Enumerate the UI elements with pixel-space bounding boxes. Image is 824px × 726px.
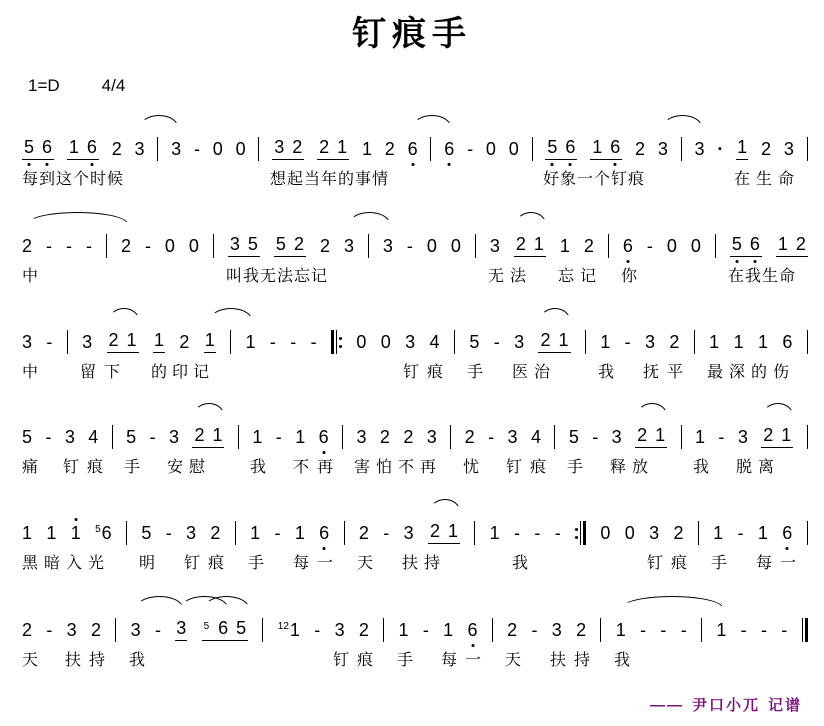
note: 3 bbox=[356, 427, 366, 448]
note-number: 5 bbox=[732, 234, 742, 255]
note: 1 bbox=[245, 332, 255, 353]
lyric-syllable: 最深的伤 bbox=[707, 359, 795, 382]
note-number: 3 bbox=[612, 427, 622, 448]
duration-dash: - bbox=[738, 523, 744, 544]
note: 6 bbox=[408, 139, 418, 160]
note-number: 1 bbox=[734, 332, 744, 353]
note: 3 bbox=[695, 139, 705, 160]
lyric-syllable: 每一 bbox=[293, 550, 341, 573]
lyric-syllable: 中 bbox=[22, 263, 38, 286]
note-number: 3 bbox=[490, 236, 500, 257]
lyric-syllable: 手 bbox=[397, 647, 413, 670]
note-number: 1 bbox=[250, 523, 260, 544]
note-number: 1 bbox=[448, 521, 458, 542]
final-barline bbox=[802, 618, 808, 642]
sheet-music-page: 钉痕手 1=D4/4 5616233-0032211266-005616233·… bbox=[0, 0, 824, 726]
note-number: 2 bbox=[507, 620, 517, 641]
note-number: 6 bbox=[42, 137, 52, 158]
duration-dash: - bbox=[194, 139, 200, 160]
system-6: 2-323-3565121-321-162-321---1---天扶持我钉痕手每… bbox=[22, 593, 808, 671]
lyric-syllable: 手 bbox=[711, 550, 727, 573]
note: 3 bbox=[404, 523, 414, 544]
note: 1 bbox=[250, 523, 260, 544]
note-number: 1 bbox=[127, 330, 137, 351]
note: 2 bbox=[91, 620, 101, 641]
note-number: 5 bbox=[547, 137, 557, 158]
notation-row: 5-345-3211-1632232-345-3211-321 bbox=[22, 400, 808, 448]
beam-group: 52 bbox=[274, 234, 306, 257]
note: 3 bbox=[508, 427, 518, 448]
note-number: 0 bbox=[691, 236, 701, 257]
barline bbox=[67, 330, 68, 354]
note: 1 bbox=[22, 523, 32, 544]
note: 2 bbox=[112, 139, 122, 160]
notation-row: 5616233-0032211266-005616233·123 bbox=[22, 112, 808, 160]
note: 0 bbox=[625, 523, 635, 544]
lyrics-row: 痛钉痕手安慰我不再害怕不再忧钉痕手释放我脱离 bbox=[22, 454, 808, 478]
beam-group: 21 bbox=[192, 425, 224, 448]
note-number: 0 bbox=[189, 236, 199, 257]
note: 2 bbox=[385, 139, 395, 160]
note: 1 bbox=[713, 523, 723, 544]
slur-tie-arc bbox=[413, 115, 451, 127]
slur-tie-arc bbox=[621, 596, 723, 608]
note-number: 1 bbox=[290, 620, 300, 641]
barline bbox=[475, 234, 476, 258]
beam-group: 12 bbox=[776, 234, 808, 257]
slur-tie-arc bbox=[210, 308, 252, 320]
credit-label: 记谱 bbox=[768, 697, 802, 714]
lyrics-row: 黑暗入光明钉痕手每一天扶持我钉痕手每一 bbox=[22, 550, 808, 574]
barline bbox=[430, 137, 431, 161]
duration-dash: - bbox=[407, 236, 413, 257]
note: 3 bbox=[67, 620, 77, 641]
note: 3 bbox=[612, 427, 622, 448]
duration-dash: - bbox=[46, 620, 52, 641]
lyric-syllable: 在我生命 bbox=[728, 263, 796, 286]
beam-group: 21 bbox=[107, 330, 139, 353]
lyric-syllable: 不再 bbox=[293, 454, 341, 477]
note-number: 2 bbox=[763, 425, 773, 446]
duration-dash: - bbox=[640, 620, 646, 641]
slur-tie-arc bbox=[109, 308, 139, 320]
slur-tie-arc bbox=[516, 212, 546, 224]
note-number: 1 bbox=[252, 427, 262, 448]
note: 6 bbox=[623, 236, 633, 257]
note-number: 4 bbox=[430, 332, 440, 353]
note: 2 bbox=[121, 236, 131, 257]
duration-dash: - bbox=[681, 620, 687, 641]
duration-dash: - bbox=[494, 332, 500, 353]
slur-tie-arc bbox=[663, 115, 702, 127]
note-number: 3 bbox=[131, 620, 141, 641]
lyric-syllable: 钉痕 bbox=[506, 454, 554, 477]
repeat-dot bbox=[339, 345, 342, 348]
barline bbox=[681, 425, 682, 449]
note: 2 bbox=[210, 523, 220, 544]
barline bbox=[715, 234, 716, 258]
lyric-syllable: 我 bbox=[250, 454, 266, 477]
duration-dash: - bbox=[270, 332, 276, 353]
lyric-syllable: 手 bbox=[567, 454, 583, 477]
lyric-syllable: 钉痕 bbox=[333, 647, 381, 670]
barline bbox=[126, 521, 127, 545]
repeat-end-barline bbox=[575, 521, 586, 545]
augmentation-dot: · bbox=[717, 139, 723, 160]
barline bbox=[213, 234, 214, 258]
note-number: 1 bbox=[758, 332, 768, 353]
note: 0 bbox=[165, 236, 175, 257]
note-number: 1 bbox=[592, 137, 602, 158]
note: 3 bbox=[383, 236, 393, 257]
lyric-syllable: 钉痕 bbox=[184, 550, 232, 573]
note: 2 bbox=[22, 236, 32, 257]
lyric-syllable: 黑暗入光 bbox=[22, 550, 110, 573]
repeat-dot bbox=[339, 337, 342, 340]
note-number: 1 bbox=[490, 523, 500, 544]
note-number: 0 bbox=[427, 236, 437, 257]
barline bbox=[238, 425, 239, 449]
note-number: 1 bbox=[295, 427, 305, 448]
repeat-dot bbox=[575, 536, 578, 539]
note-number: 5 bbox=[24, 137, 34, 158]
note-number: 3 bbox=[552, 620, 562, 641]
note-number: 0 bbox=[236, 139, 246, 160]
barline bbox=[262, 618, 263, 642]
note: 3 bbox=[335, 620, 345, 641]
note-number: 3 bbox=[784, 139, 794, 160]
beam-group: 21 bbox=[514, 234, 546, 257]
lyric-syllable: 天 bbox=[505, 647, 521, 670]
note: 2 bbox=[584, 236, 594, 257]
lyric-syllable: 你 bbox=[621, 263, 637, 286]
note: 3 bbox=[645, 332, 655, 353]
credit-line: ——尹口小兀记谱 bbox=[642, 694, 802, 715]
duration-dash: - bbox=[531, 620, 537, 641]
note-number: 2 bbox=[359, 620, 369, 641]
note-number: 0 bbox=[165, 236, 175, 257]
duration-dash: - bbox=[534, 523, 540, 544]
note-number: 3 bbox=[169, 427, 179, 448]
barline bbox=[681, 137, 682, 161]
note-number: 3 bbox=[738, 427, 748, 448]
lyric-syllable: 我 bbox=[129, 647, 145, 670]
note-number: 6 bbox=[610, 137, 620, 158]
beam-group: 56 bbox=[730, 234, 762, 257]
note-number: 1 bbox=[245, 332, 255, 353]
note-number: 6 bbox=[565, 137, 575, 158]
note: 3 bbox=[22, 332, 32, 353]
note-number: 3 bbox=[404, 523, 414, 544]
beam-group: 565 bbox=[202, 618, 249, 641]
note-number: 4 bbox=[531, 427, 541, 448]
duration-dash: - bbox=[761, 620, 767, 641]
note-number: 6 bbox=[623, 236, 633, 257]
note-number: 2 bbox=[112, 139, 122, 160]
notation-row: 2---2-003552233-00321126-005612 bbox=[22, 209, 808, 257]
system-1: 5616233-0032211266-005616233·123每到这个时候想起… bbox=[22, 112, 808, 190]
note: 0 bbox=[189, 236, 199, 257]
lyrics-row: 天扶持我钉痕手每一天扶持我 bbox=[22, 647, 808, 671]
note: 1 bbox=[490, 523, 500, 544]
note: 6 bbox=[468, 620, 478, 641]
lyric-syllable: 手 bbox=[124, 454, 140, 477]
note: 1 bbox=[758, 523, 768, 544]
note-number: 1 bbox=[558, 330, 568, 351]
duration-dash: - bbox=[647, 236, 653, 257]
note: 1 bbox=[716, 620, 726, 641]
barline bbox=[474, 521, 475, 545]
beam-group: 16 bbox=[67, 137, 99, 160]
note: 3 bbox=[552, 620, 562, 641]
note-number: 3 bbox=[67, 620, 77, 641]
duration-dash: - bbox=[555, 523, 561, 544]
note-number: 2 bbox=[673, 523, 683, 544]
lyric-syllable: 钉痕 bbox=[403, 359, 451, 382]
note: 1 bbox=[295, 427, 305, 448]
note: 4 bbox=[430, 332, 440, 353]
note-number: 2 bbox=[121, 236, 131, 257]
note: 0 bbox=[486, 139, 496, 160]
barline bbox=[807, 137, 808, 161]
note: 3 bbox=[784, 139, 794, 160]
note-number: 1 bbox=[758, 523, 768, 544]
duration-dash: - bbox=[314, 620, 320, 641]
lyrics-row: 中叫我无法忘记无法忘记你在我生命 bbox=[22, 263, 808, 287]
beam-group: 21 bbox=[761, 425, 793, 448]
note-number: 6 bbox=[750, 234, 760, 255]
duration-dash: - bbox=[741, 620, 747, 641]
grace-note: 12 bbox=[278, 621, 289, 632]
beam-group: 21 bbox=[635, 425, 667, 448]
lyric-syllable: 释放 bbox=[610, 454, 654, 477]
beam-group: 21 bbox=[538, 330, 570, 353]
note-number: 1 bbox=[534, 234, 544, 255]
barline bbox=[807, 521, 808, 545]
note-number: 3 bbox=[356, 427, 366, 448]
note-number: 6 bbox=[468, 620, 478, 641]
note-number: 6 bbox=[218, 618, 228, 639]
note-number: 3 bbox=[65, 427, 75, 448]
lyric-syllable: 每一 bbox=[441, 647, 489, 670]
duration-dash: - bbox=[45, 427, 51, 448]
barline bbox=[600, 618, 601, 642]
note-number: 3 bbox=[230, 234, 240, 255]
repeat-dot bbox=[575, 528, 578, 531]
barline-thick bbox=[583, 521, 586, 545]
note-number: 1 bbox=[71, 523, 81, 544]
barline bbox=[492, 618, 493, 642]
slur-tie-arc bbox=[140, 115, 178, 127]
note: 6 bbox=[444, 139, 454, 160]
score: 5616233-0032211266-005616233·123每到这个时候想起… bbox=[0, 0, 824, 726]
note: 0 bbox=[667, 236, 677, 257]
duration-dash: - bbox=[66, 236, 72, 257]
note-number: 1 bbox=[778, 234, 788, 255]
note: 0 bbox=[509, 139, 519, 160]
barline-thin bbox=[336, 330, 337, 354]
repeat-dots bbox=[339, 337, 342, 348]
lyric-syllable: 每一 bbox=[756, 550, 804, 573]
lyric-syllable: 明 bbox=[139, 550, 155, 573]
beam-group: 21 bbox=[428, 521, 460, 544]
barline bbox=[454, 330, 455, 354]
slur-tie-arc bbox=[349, 212, 390, 224]
note: 1 bbox=[560, 236, 570, 257]
lyric-syllable: 抚平 bbox=[643, 359, 691, 382]
note-number: 6 bbox=[408, 139, 418, 160]
note-number: 2 bbox=[194, 425, 204, 446]
barline-thick bbox=[331, 330, 334, 354]
note-number: 1 bbox=[22, 523, 32, 544]
duration-dash: - bbox=[383, 523, 389, 544]
beam-group: 32 bbox=[272, 137, 304, 160]
duration-dash: - bbox=[423, 620, 429, 641]
note: 1 bbox=[736, 137, 748, 160]
note: 1 bbox=[399, 620, 409, 641]
note-number: 6 bbox=[319, 523, 329, 544]
note: 1 bbox=[600, 332, 610, 353]
note-number: 0 bbox=[667, 236, 677, 257]
note: 1 bbox=[46, 523, 56, 544]
note: 3 bbox=[186, 523, 196, 544]
note: 4 bbox=[88, 427, 98, 448]
note: 5 bbox=[126, 427, 136, 448]
beam-group: 35 bbox=[228, 234, 260, 257]
duration-dash: - bbox=[660, 620, 666, 641]
duration-dash: - bbox=[592, 427, 598, 448]
slur-tie-arc bbox=[540, 308, 570, 320]
note-number: 1 bbox=[362, 139, 372, 160]
note: 3 bbox=[405, 332, 415, 353]
note: 3 bbox=[131, 620, 141, 641]
note: 2 bbox=[403, 427, 413, 448]
note-number: 1 bbox=[46, 523, 56, 544]
octave-dot-above bbox=[74, 518, 77, 521]
note-number: 2 bbox=[584, 236, 594, 257]
note: 1 bbox=[709, 332, 719, 353]
note-number: 1 bbox=[616, 620, 626, 641]
lyric-syllable: 每到这个时候 bbox=[22, 166, 124, 189]
duration-dash: - bbox=[145, 236, 151, 257]
note-number: 3 bbox=[649, 523, 659, 544]
lyric-syllable: 害怕不再 bbox=[354, 454, 442, 477]
lyric-syllable: 的印记 bbox=[151, 359, 214, 382]
note-number: 2 bbox=[761, 139, 771, 160]
barline bbox=[235, 521, 236, 545]
note-number: 3 bbox=[405, 332, 415, 353]
note-number: 2 bbox=[637, 425, 647, 446]
note: 3 bbox=[649, 523, 659, 544]
beam-group: 21 bbox=[317, 137, 349, 160]
note-number: 2 bbox=[179, 332, 189, 353]
note-number: 1 bbox=[295, 523, 305, 544]
note-number: 2 bbox=[292, 137, 302, 158]
note-number: 3 bbox=[175, 618, 187, 641]
barline bbox=[608, 234, 609, 258]
note-number: 1 bbox=[713, 523, 723, 544]
note: 6 bbox=[782, 332, 792, 353]
note-number: 1 bbox=[153, 330, 165, 353]
note: 5 bbox=[469, 332, 479, 353]
slur-tie-arc bbox=[27, 212, 128, 224]
beam-group: 56 bbox=[22, 137, 54, 160]
note: 2 bbox=[380, 427, 390, 448]
note-number: 2 bbox=[385, 139, 395, 160]
note: 0 bbox=[356, 332, 366, 353]
note-number: 2 bbox=[210, 523, 220, 544]
note-number: 3 bbox=[135, 139, 145, 160]
note-number: 3 bbox=[695, 139, 705, 160]
note: 5 bbox=[141, 523, 151, 544]
barline bbox=[115, 618, 116, 642]
note: 2 bbox=[22, 620, 32, 641]
note-number: 2 bbox=[359, 523, 369, 544]
duration-dash: - bbox=[86, 236, 92, 257]
lyric-syllable: 手 bbox=[248, 550, 264, 573]
note-number: 2 bbox=[576, 620, 586, 641]
note-number: 3 bbox=[427, 427, 437, 448]
lyric-syllable: 无法 bbox=[488, 263, 532, 286]
note-number: 0 bbox=[509, 139, 519, 160]
note: 2 bbox=[669, 332, 679, 353]
note-number: 1 bbox=[443, 620, 453, 641]
duration-dash: - bbox=[150, 427, 156, 448]
note-number: 3 bbox=[508, 427, 518, 448]
note-number: 6 bbox=[782, 523, 792, 544]
note-number: 2 bbox=[320, 236, 330, 257]
note-number: 3 bbox=[514, 332, 524, 353]
system-2: 2---2-003552233-00321126-005612中叫我无法忘记无法… bbox=[22, 209, 808, 287]
barline bbox=[258, 137, 259, 161]
note: 2 bbox=[576, 620, 586, 641]
note: 1 bbox=[695, 427, 705, 448]
note: 0 bbox=[213, 139, 223, 160]
barline bbox=[532, 137, 533, 161]
note: 3 bbox=[344, 236, 354, 257]
duration-dash: - bbox=[274, 523, 280, 544]
note-number: 6 bbox=[87, 137, 97, 158]
note-number: 1 bbox=[655, 425, 665, 446]
note-number: 4 bbox=[88, 427, 98, 448]
note-number: 3 bbox=[344, 236, 354, 257]
system-5: 111565-321-162-3211---00321-16黑暗入光明钉痕手每一… bbox=[22, 496, 808, 574]
note: 2 bbox=[635, 139, 645, 160]
note: 0 bbox=[451, 236, 461, 257]
repeat-begin-barline bbox=[331, 330, 342, 354]
note-number: 1 bbox=[716, 620, 726, 641]
note: 1 bbox=[758, 332, 768, 353]
note-number: 2 bbox=[465, 427, 475, 448]
note: 3 bbox=[427, 427, 437, 448]
note: 0 bbox=[691, 236, 701, 257]
lyric-syllable: 安慰 bbox=[167, 454, 211, 477]
note: 1 bbox=[71, 523, 81, 544]
note: 3 bbox=[658, 139, 668, 160]
duration-dash: - bbox=[155, 620, 161, 641]
note-number: 2 bbox=[669, 332, 679, 353]
note-number: 0 bbox=[356, 332, 366, 353]
slur-tie-arc bbox=[430, 499, 460, 511]
slur-tie-arc bbox=[637, 403, 667, 415]
note-number: 1 bbox=[204, 330, 216, 353]
barline-thin bbox=[580, 521, 581, 545]
note-number: 2 bbox=[540, 330, 550, 351]
note: 0 bbox=[236, 139, 246, 160]
lyric-syllable: 我 bbox=[693, 454, 709, 477]
lyric-syllable: 钉痕 bbox=[647, 550, 695, 573]
note: 1 bbox=[252, 427, 262, 448]
